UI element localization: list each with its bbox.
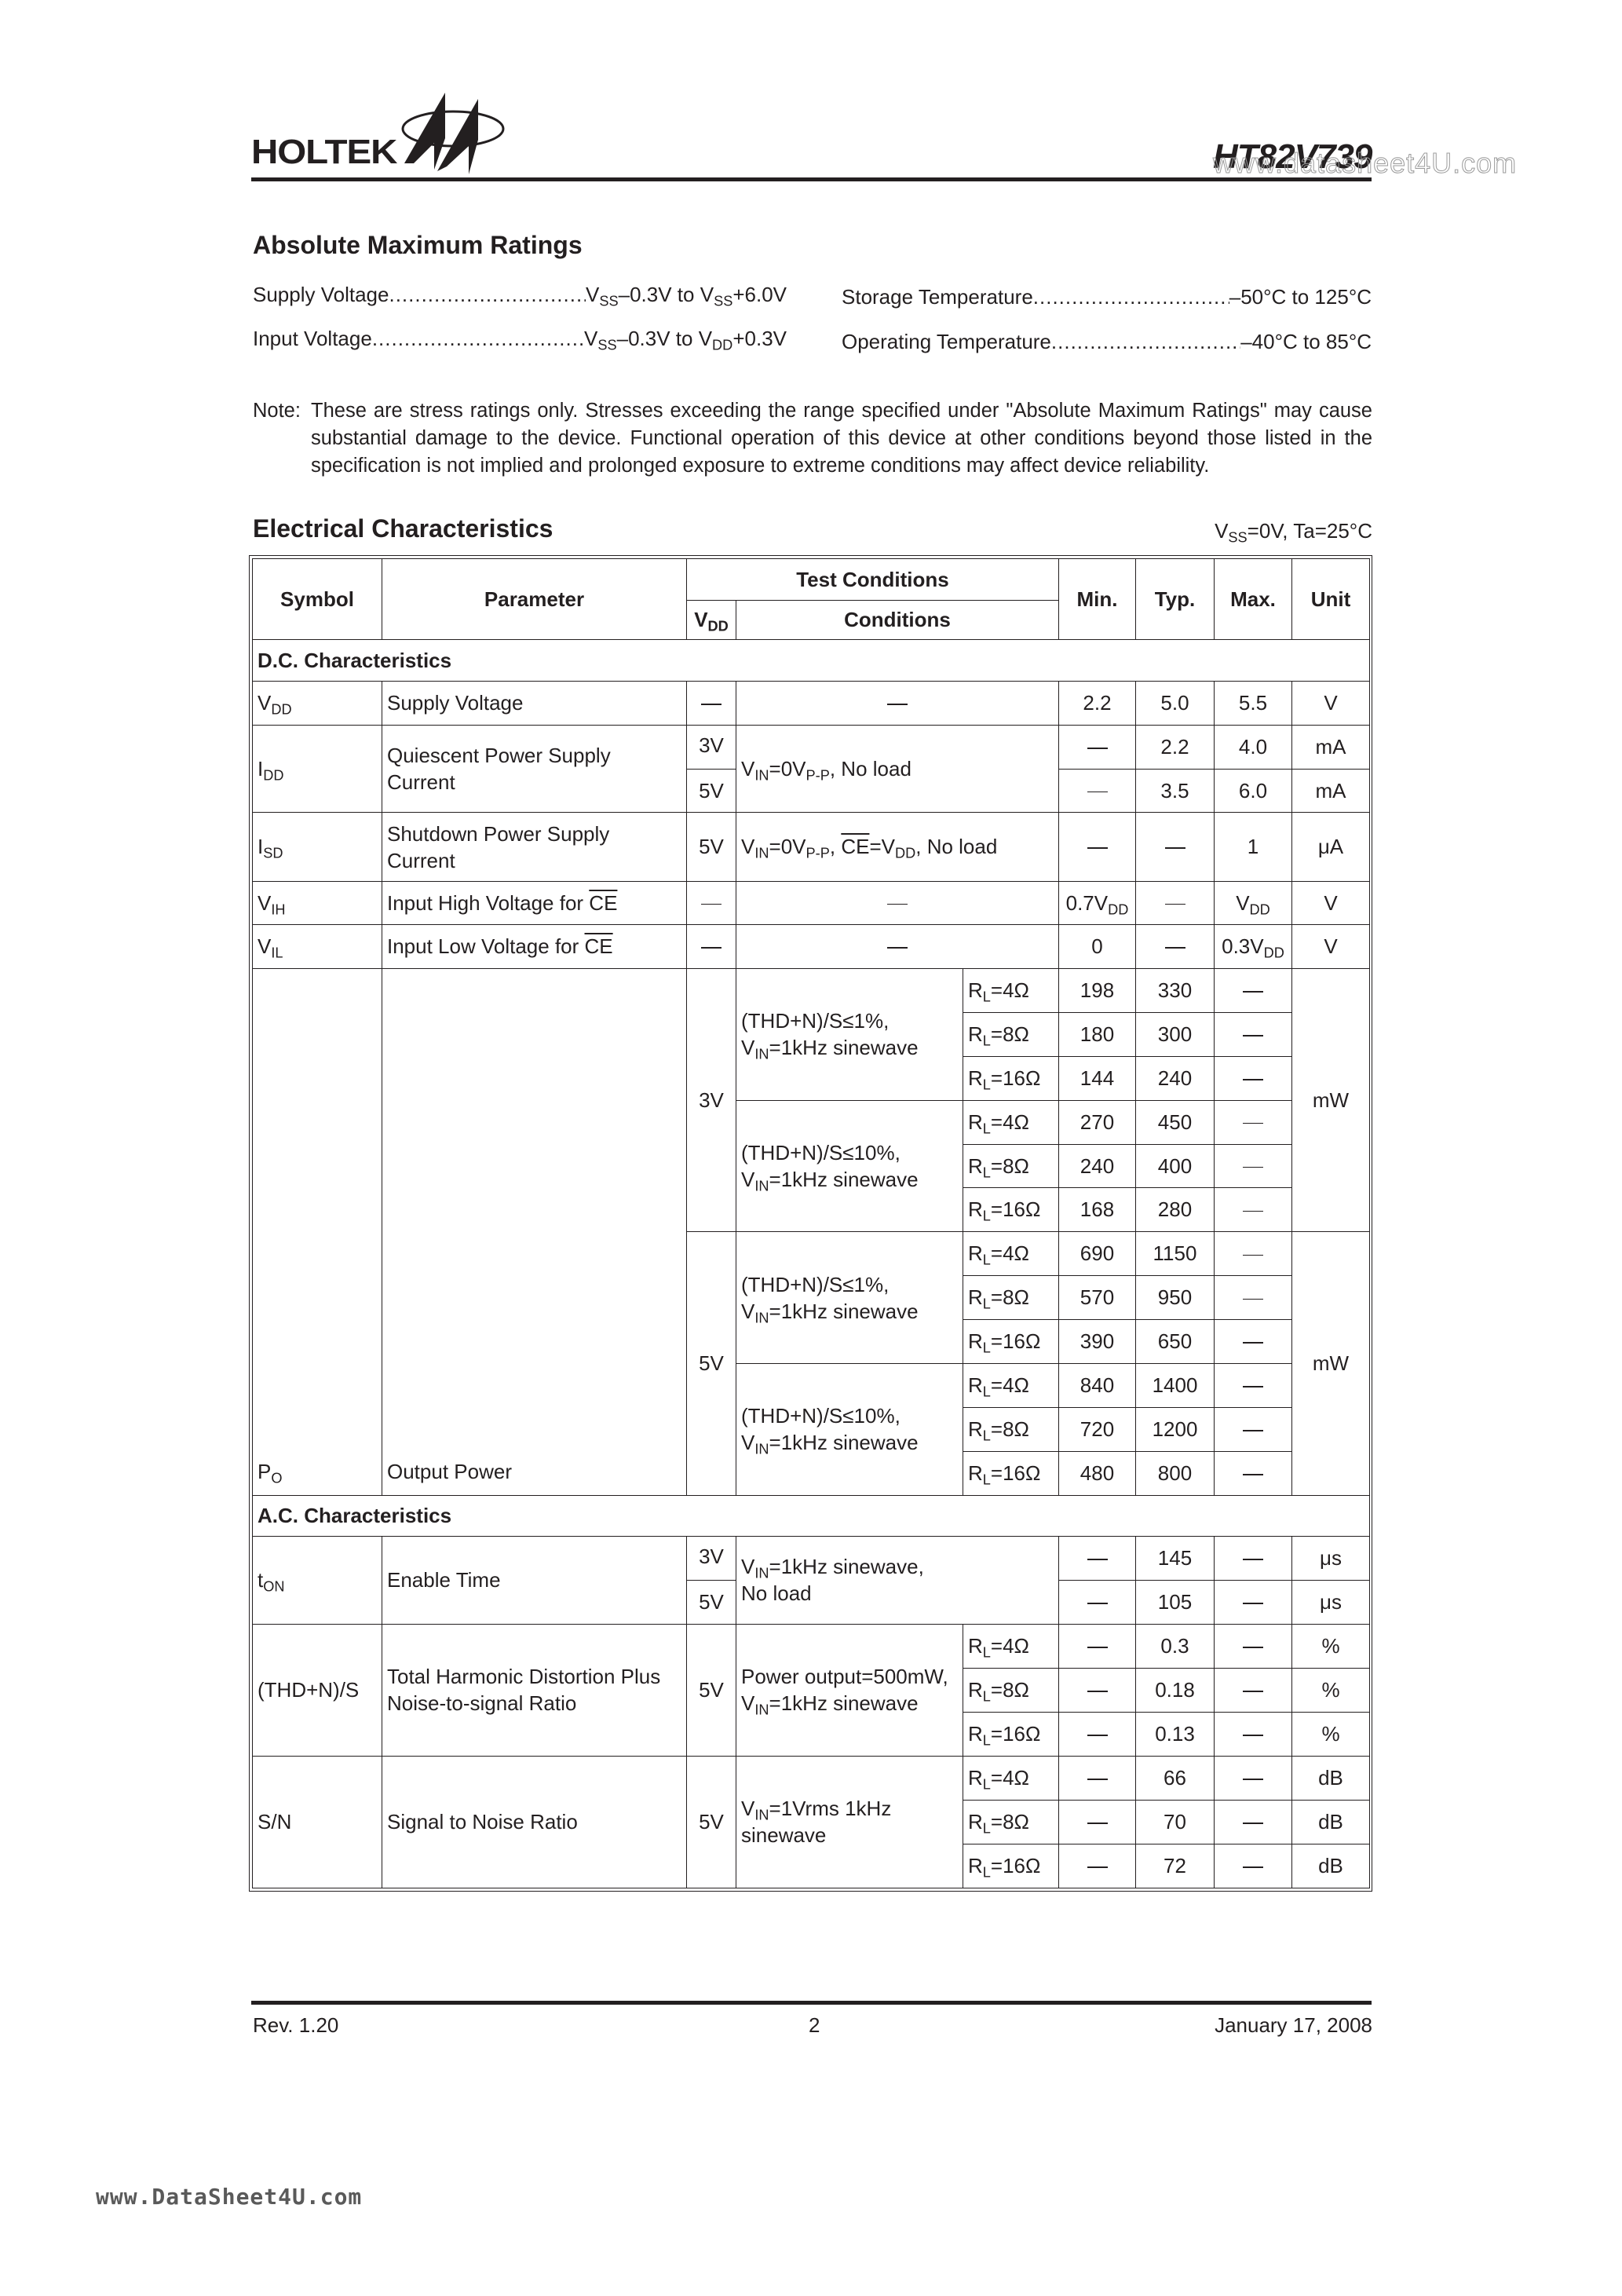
header-conditions: Conditions <box>736 601 1059 640</box>
table-row: IDD Quiescent Power Supply Current 3V VI… <box>253 726 1370 770</box>
cell-symbol: IDD <box>253 726 382 813</box>
rating-storage-temperature: Storage Temperature –50°C to 125°C <box>842 287 1372 307</box>
cell-min: 180 <box>1059 1012 1136 1056</box>
cell-typ: 800 <box>1136 1451 1215 1495</box>
dash <box>887 947 908 949</box>
cell-typ: 0.3 <box>1136 1624 1215 1668</box>
cell-min <box>1059 813 1136 882</box>
cell-load: RL=8Ω <box>963 1276 1059 1320</box>
leader-dots <box>1033 287 1229 307</box>
rating-operating-temperature: Operating Temperature –40°C to 85°C <box>842 331 1372 352</box>
dash <box>1243 1735 1263 1736</box>
dash <box>1243 1430 1263 1431</box>
section-dc-characteristics: D.C. Characteristics <box>253 640 1370 682</box>
cell-symbol: VIH <box>253 882 382 925</box>
table-row: ISD Shutdown Power Supply Current 5V VIN… <box>253 813 1370 882</box>
rating-supply-voltage: Supply Voltage VSS–0.3V to VSS+6.0V <box>253 284 787 305</box>
cell-min: 840 <box>1059 1364 1136 1408</box>
table-row: VIH Input High Voltage for CE 0.7VDD VDD… <box>253 882 1370 925</box>
cell-typ <box>1136 925 1215 969</box>
cell-conditions: VIN=1kHz sinewave,No load <box>736 1536 1059 1624</box>
cell-min <box>1059 726 1136 770</box>
cell-max <box>1215 1624 1292 1668</box>
signal-to-noise-rows: S/NSignal to Noise Ratio5VVIN=1Vrms 1kHz… <box>253 1756 1370 1888</box>
header-rule <box>251 177 1372 181</box>
dash <box>1087 1866 1108 1868</box>
cell-typ <box>1136 813 1215 882</box>
rating-label: Input Voltage <box>253 328 372 349</box>
section-title-absolute-maximum-ratings: Absolute Maximum Ratings <box>253 232 583 258</box>
cell-max <box>1215 1232 1292 1276</box>
cell-conditions: VIN=1Vrms 1kHzsinewave <box>736 1756 963 1888</box>
cell-symbol: S/N <box>253 1756 382 1888</box>
cell-max <box>1215 1451 1292 1495</box>
cell-unit: mA <box>1292 770 1370 813</box>
cell-max: VDD <box>1215 882 1292 925</box>
cell-load: RL=16Ω <box>963 1451 1059 1495</box>
table-row: POOutput Power3V(THD+N)/S≤1%,VIN=1kHz si… <box>253 969 1370 1013</box>
dash <box>1243 1474 1263 1475</box>
dash <box>1243 1559 1263 1560</box>
cell-load: RL=4Ω <box>963 1756 1059 1800</box>
test-ambient-conditions: VSS=0V, Ta=25°C <box>1215 521 1372 541</box>
cell-unit: % <box>1292 1624 1370 1668</box>
cell-load: RL=4Ω <box>963 1232 1059 1276</box>
dash <box>701 947 721 949</box>
header-min: Min. <box>1059 559 1136 640</box>
header-parameter: Parameter <box>382 559 687 640</box>
cell-typ: 0.13 <box>1136 1712 1215 1756</box>
cell-max <box>1215 1580 1292 1624</box>
rating-value: VSS–0.3V to VDD+0.3V <box>584 328 787 349</box>
cell-symbol: PO <box>253 969 382 1496</box>
header-max: Max. <box>1215 559 1292 640</box>
section-ac-characteristics: A.C. Characteristics <box>253 1495 1370 1536</box>
cell-conditions: (THD+N)/S≤1%,VIN=1kHz sinewave <box>736 969 963 1101</box>
dash <box>1087 748 1108 749</box>
cell-vdd <box>687 682 736 726</box>
cell-vdd <box>687 925 736 969</box>
cell-min: 720 <box>1059 1407 1136 1451</box>
cell-vdd: 5V <box>687 1624 736 1756</box>
cell-unit: V <box>1292 925 1370 969</box>
cell-load: RL=16Ω <box>963 1712 1059 1756</box>
cell-typ: 330 <box>1136 969 1215 1013</box>
cell-load: RL=8Ω <box>963 1800 1059 1844</box>
cell-parameter: Output Power <box>382 969 687 1496</box>
cell-unit: V <box>1292 682 1370 726</box>
cell-vdd: 5V <box>687 1232 736 1495</box>
cell-max <box>1215 969 1292 1013</box>
cell-typ: 1400 <box>1136 1364 1215 1408</box>
dash <box>1243 1167 1263 1168</box>
cell-min <box>1059 1844 1136 1888</box>
cell-symbol: (THD+N)/S <box>253 1624 382 1756</box>
dash <box>1087 1691 1108 1692</box>
table-row: VDD Supply Voltage 2.2 5.0 5.5 V <box>253 682 1370 726</box>
dash <box>1243 1035 1263 1036</box>
cell-load: RL=4Ω <box>963 1100 1059 1144</box>
footer-rule <box>251 2001 1372 2005</box>
dash <box>887 704 908 705</box>
cell-vdd <box>687 882 736 925</box>
cell-parameter: Supply Voltage <box>382 682 687 726</box>
cell-typ: 300 <box>1136 1012 1215 1056</box>
dash <box>1087 1603 1108 1604</box>
cell-vdd: 3V <box>687 726 736 770</box>
cell-max <box>1215 1100 1292 1144</box>
cell-unit: V <box>1292 882 1370 925</box>
cell-max: 6.0 <box>1215 770 1292 813</box>
dash <box>1243 1123 1263 1124</box>
cell-conditions: (THD+N)/S≤10%,VIN=1kHz sinewave <box>736 1364 963 1496</box>
cell-min: 198 <box>1059 969 1136 1013</box>
rating-value: –40°C to 85°C <box>1240 331 1372 352</box>
cell-load: RL=16Ω <box>963 1056 1059 1100</box>
cell-unit: dB <box>1292 1800 1370 1844</box>
cell-min <box>1059 1756 1136 1800</box>
table-row: (THD+N)/STotal Harmonic Distortion PlusN… <box>253 1624 1370 1668</box>
cell-min: 690 <box>1059 1232 1136 1276</box>
cell-load: RL=16Ω <box>963 1188 1059 1232</box>
cell-typ: 105 <box>1136 1580 1215 1624</box>
cell-typ: 650 <box>1136 1320 1215 1364</box>
cell-typ: 950 <box>1136 1276 1215 1320</box>
dash <box>1243 1299 1263 1300</box>
cell-conditions: (THD+N)/S≤1%,VIN=1kHz sinewave <box>736 1232 963 1364</box>
dash <box>1243 1691 1263 1692</box>
cell-symbol: ISD <box>253 813 382 882</box>
dash <box>701 704 721 705</box>
cell-min: 570 <box>1059 1276 1136 1320</box>
header-unit: Unit <box>1292 559 1370 640</box>
electrical-characteristics-table: Symbol Parameter Test Conditions Min. Ty… <box>252 558 1370 1888</box>
cell-typ: 3.5 <box>1136 770 1215 813</box>
cell-vdd: 5V <box>687 770 736 813</box>
cell-max: 4.0 <box>1215 726 1292 770</box>
dash <box>1087 1559 1108 1560</box>
table-row: S/NSignal to Noise Ratio5VVIN=1Vrms 1kHz… <box>253 1756 1370 1800</box>
cell-load: RL=8Ω <box>963 1012 1059 1056</box>
note-body: These are stress ratings only. Stresses … <box>311 397 1372 480</box>
cell-max <box>1215 1844 1292 1888</box>
section-title-electrical-characteristics: Electrical Characteristics <box>253 516 553 541</box>
header-test-conditions: Test Conditions <box>687 559 1059 601</box>
cell-min: 390 <box>1059 1320 1136 1364</box>
cell-typ: 280 <box>1136 1188 1215 1232</box>
dash <box>1087 1779 1108 1780</box>
leader-dots <box>372 328 584 349</box>
rating-value: –50°C to 125°C <box>1229 287 1372 307</box>
footer-date: January 17, 2008 <box>1215 2015 1372 2035</box>
cell-load: RL=4Ω <box>963 969 1059 1013</box>
cell-typ: 1200 <box>1136 1407 1215 1451</box>
cell-min: 270 <box>1059 1100 1136 1144</box>
cell-typ: 2.2 <box>1136 726 1215 770</box>
rating-label: Supply Voltage <box>253 284 389 305</box>
footer-revision: Rev. 1.20 <box>253 2015 338 2035</box>
cell-load: RL=8Ω <box>963 1144 1059 1188</box>
cell-max <box>1215 1012 1292 1056</box>
ratings-note: Note: These are stress ratings only. Str… <box>253 397 1372 480</box>
watermark-top: www.datasheet4U.com <box>1213 149 1517 177</box>
cell-conditions <box>736 682 1059 726</box>
cell-unit: dB <box>1292 1756 1370 1800</box>
cell-max <box>1215 1056 1292 1100</box>
cell-conditions: (THD+N)/S≤10%,VIN=1kHz sinewave <box>736 1100 963 1232</box>
cell-load: RL=8Ω <box>963 1668 1059 1712</box>
dash <box>1165 947 1185 949</box>
cell-unit: dB <box>1292 1844 1370 1888</box>
note-label: Note: <box>253 397 311 480</box>
cell-max: 1 <box>1215 813 1292 882</box>
dash <box>1087 1823 1108 1824</box>
dash <box>1087 1735 1108 1736</box>
cell-typ: 0.18 <box>1136 1668 1215 1712</box>
cell-unit: μA <box>1292 813 1370 882</box>
cell-min <box>1059 1536 1136 1580</box>
cell-min <box>1059 770 1136 813</box>
cell-parameter: Shutdown Power Supply Current <box>382 813 687 882</box>
dash <box>1087 1647 1108 1648</box>
cell-max <box>1215 1144 1292 1188</box>
cell-typ: 70 <box>1136 1800 1215 1844</box>
cell-load: RL=4Ω <box>963 1364 1059 1408</box>
dash <box>1243 1386 1263 1387</box>
cell-min: 240 <box>1059 1144 1136 1188</box>
header-typ: Typ. <box>1136 559 1215 640</box>
cell-unit: mA <box>1292 726 1370 770</box>
cell-parameter: Quiescent Power Supply Current <box>382 726 687 813</box>
cell-min <box>1059 1580 1136 1624</box>
dash <box>1243 1342 1263 1344</box>
cell-parameter: Signal to Noise Ratio <box>382 1756 687 1888</box>
cell-vdd: 3V <box>687 969 736 1232</box>
cell-max <box>1215 1364 1292 1408</box>
cell-parameter: Total Harmonic Distortion PlusNoise-to-s… <box>382 1624 687 1756</box>
thd-rows: (THD+N)/STotal Harmonic Distortion PlusN… <box>253 1624 1370 1756</box>
dash <box>701 904 721 905</box>
cell-max <box>1215 1407 1292 1451</box>
dash <box>1243 1255 1263 1256</box>
leader-dots <box>1051 331 1240 352</box>
dash <box>1087 792 1108 793</box>
cell-typ <box>1136 882 1215 925</box>
dash <box>1243 1779 1263 1780</box>
rating-label: Operating Temperature <box>842 331 1051 352</box>
cell-load: RL=8Ω <box>963 1407 1059 1451</box>
cell-typ: 1150 <box>1136 1232 1215 1276</box>
cell-min <box>1059 1712 1136 1756</box>
cell-parameter: Input Low Voltage for CE <box>382 925 687 969</box>
cell-min: 2.2 <box>1059 682 1136 726</box>
cell-typ: 240 <box>1136 1056 1215 1100</box>
cell-conditions: VIN=0VP-P, No load <box>736 726 1059 813</box>
rating-value: VSS–0.3V to VSS+6.0V <box>586 284 787 305</box>
cell-max <box>1215 1756 1292 1800</box>
dash <box>1243 1647 1263 1648</box>
dash <box>1243 1866 1263 1868</box>
cell-min: 168 <box>1059 1188 1136 1232</box>
holtek-logo-text: HOLTEK <box>251 135 396 170</box>
cell-conditions <box>736 925 1059 969</box>
cell-unit: mW <box>1292 969 1370 1232</box>
leader-dots <box>389 284 586 305</box>
cell-min <box>1059 1624 1136 1668</box>
cell-min: 0.7VDD <box>1059 882 1136 925</box>
cell-max <box>1215 1668 1292 1712</box>
cell-vdd: 5V <box>687 1580 736 1624</box>
footer-page-number: 2 <box>809 2015 820 2035</box>
cell-min <box>1059 1800 1136 1844</box>
cell-parameter: Input High Voltage for CE <box>382 882 687 925</box>
cell-max <box>1215 1800 1292 1844</box>
dash <box>1165 904 1185 905</box>
header-vdd: VDD <box>687 601 736 640</box>
cell-max <box>1215 1536 1292 1580</box>
cell-max <box>1215 1320 1292 1364</box>
cell-conditions: Power output=500mW,VIN=1kHz sinewave <box>736 1624 963 1756</box>
dash <box>887 904 908 905</box>
cell-typ: 5.0 <box>1136 682 1215 726</box>
cell-conditions <box>736 882 1059 925</box>
cell-min: 480 <box>1059 1451 1136 1495</box>
cell-conditions: VIN=0VP-P, CE=VDD, No load <box>736 813 1059 882</box>
cell-min: 144 <box>1059 1056 1136 1100</box>
dash <box>1243 1211 1263 1212</box>
cell-unit: % <box>1292 1712 1370 1756</box>
cell-min: 0 <box>1059 925 1136 969</box>
dash <box>1165 847 1185 849</box>
dash <box>1243 1079 1263 1080</box>
cell-typ: 400 <box>1136 1144 1215 1188</box>
output-power-rows: POOutput Power3V(THD+N)/S≤1%,VIN=1kHz si… <box>253 969 1370 1496</box>
cell-vdd: 5V <box>687 813 736 882</box>
rating-input-voltage: Input Voltage VSS–0.3V to VDD+0.3V <box>253 328 787 349</box>
table-row: tON Enable Time 3V VIN=1kHz sinewave,No … <box>253 1536 1370 1580</box>
dash <box>1243 991 1263 993</box>
cell-max: 5.5 <box>1215 682 1292 726</box>
cell-unit: % <box>1292 1668 1370 1712</box>
rating-label: Storage Temperature <box>842 287 1033 307</box>
cell-symbol: VIL <box>253 925 382 969</box>
electrical-characteristics-table-frame: Symbol Parameter Test Conditions Min. Ty… <box>249 555 1372 1892</box>
cell-symbol: tON <box>253 1536 382 1624</box>
cell-unit: μs <box>1292 1580 1370 1624</box>
cell-max <box>1215 1188 1292 1232</box>
cell-typ: 145 <box>1136 1536 1215 1580</box>
cell-typ: 66 <box>1136 1756 1215 1800</box>
cell-parameter: Enable Time <box>382 1536 687 1624</box>
cell-max: 0.3VDD <box>1215 925 1292 969</box>
holtek-logo-icon <box>396 88 506 176</box>
cell-unit: mW <box>1292 1232 1370 1495</box>
cell-load: RL=16Ω <box>963 1844 1059 1888</box>
header-symbol: Symbol <box>253 559 382 640</box>
cell-typ: 450 <box>1136 1100 1215 1144</box>
cell-vdd: 3V <box>687 1536 736 1580</box>
cell-max <box>1215 1712 1292 1756</box>
cell-min <box>1059 1668 1136 1712</box>
dash <box>1243 1603 1263 1604</box>
cell-unit: μs <box>1292 1536 1370 1580</box>
cell-vdd: 5V <box>687 1756 736 1888</box>
cell-typ: 72 <box>1136 1844 1215 1888</box>
cell-load: RL=16Ω <box>963 1320 1059 1364</box>
dash <box>1243 1823 1263 1824</box>
dash <box>1087 847 1108 849</box>
watermark-bottom: www.DataSheet4U.com <box>96 2186 362 2208</box>
cell-symbol: VDD <box>253 682 382 726</box>
cell-max <box>1215 1276 1292 1320</box>
cell-load: RL=4Ω <box>963 1624 1059 1668</box>
table-row: VIL Input Low Voltage for CE 0 0.3VDD V <box>253 925 1370 969</box>
